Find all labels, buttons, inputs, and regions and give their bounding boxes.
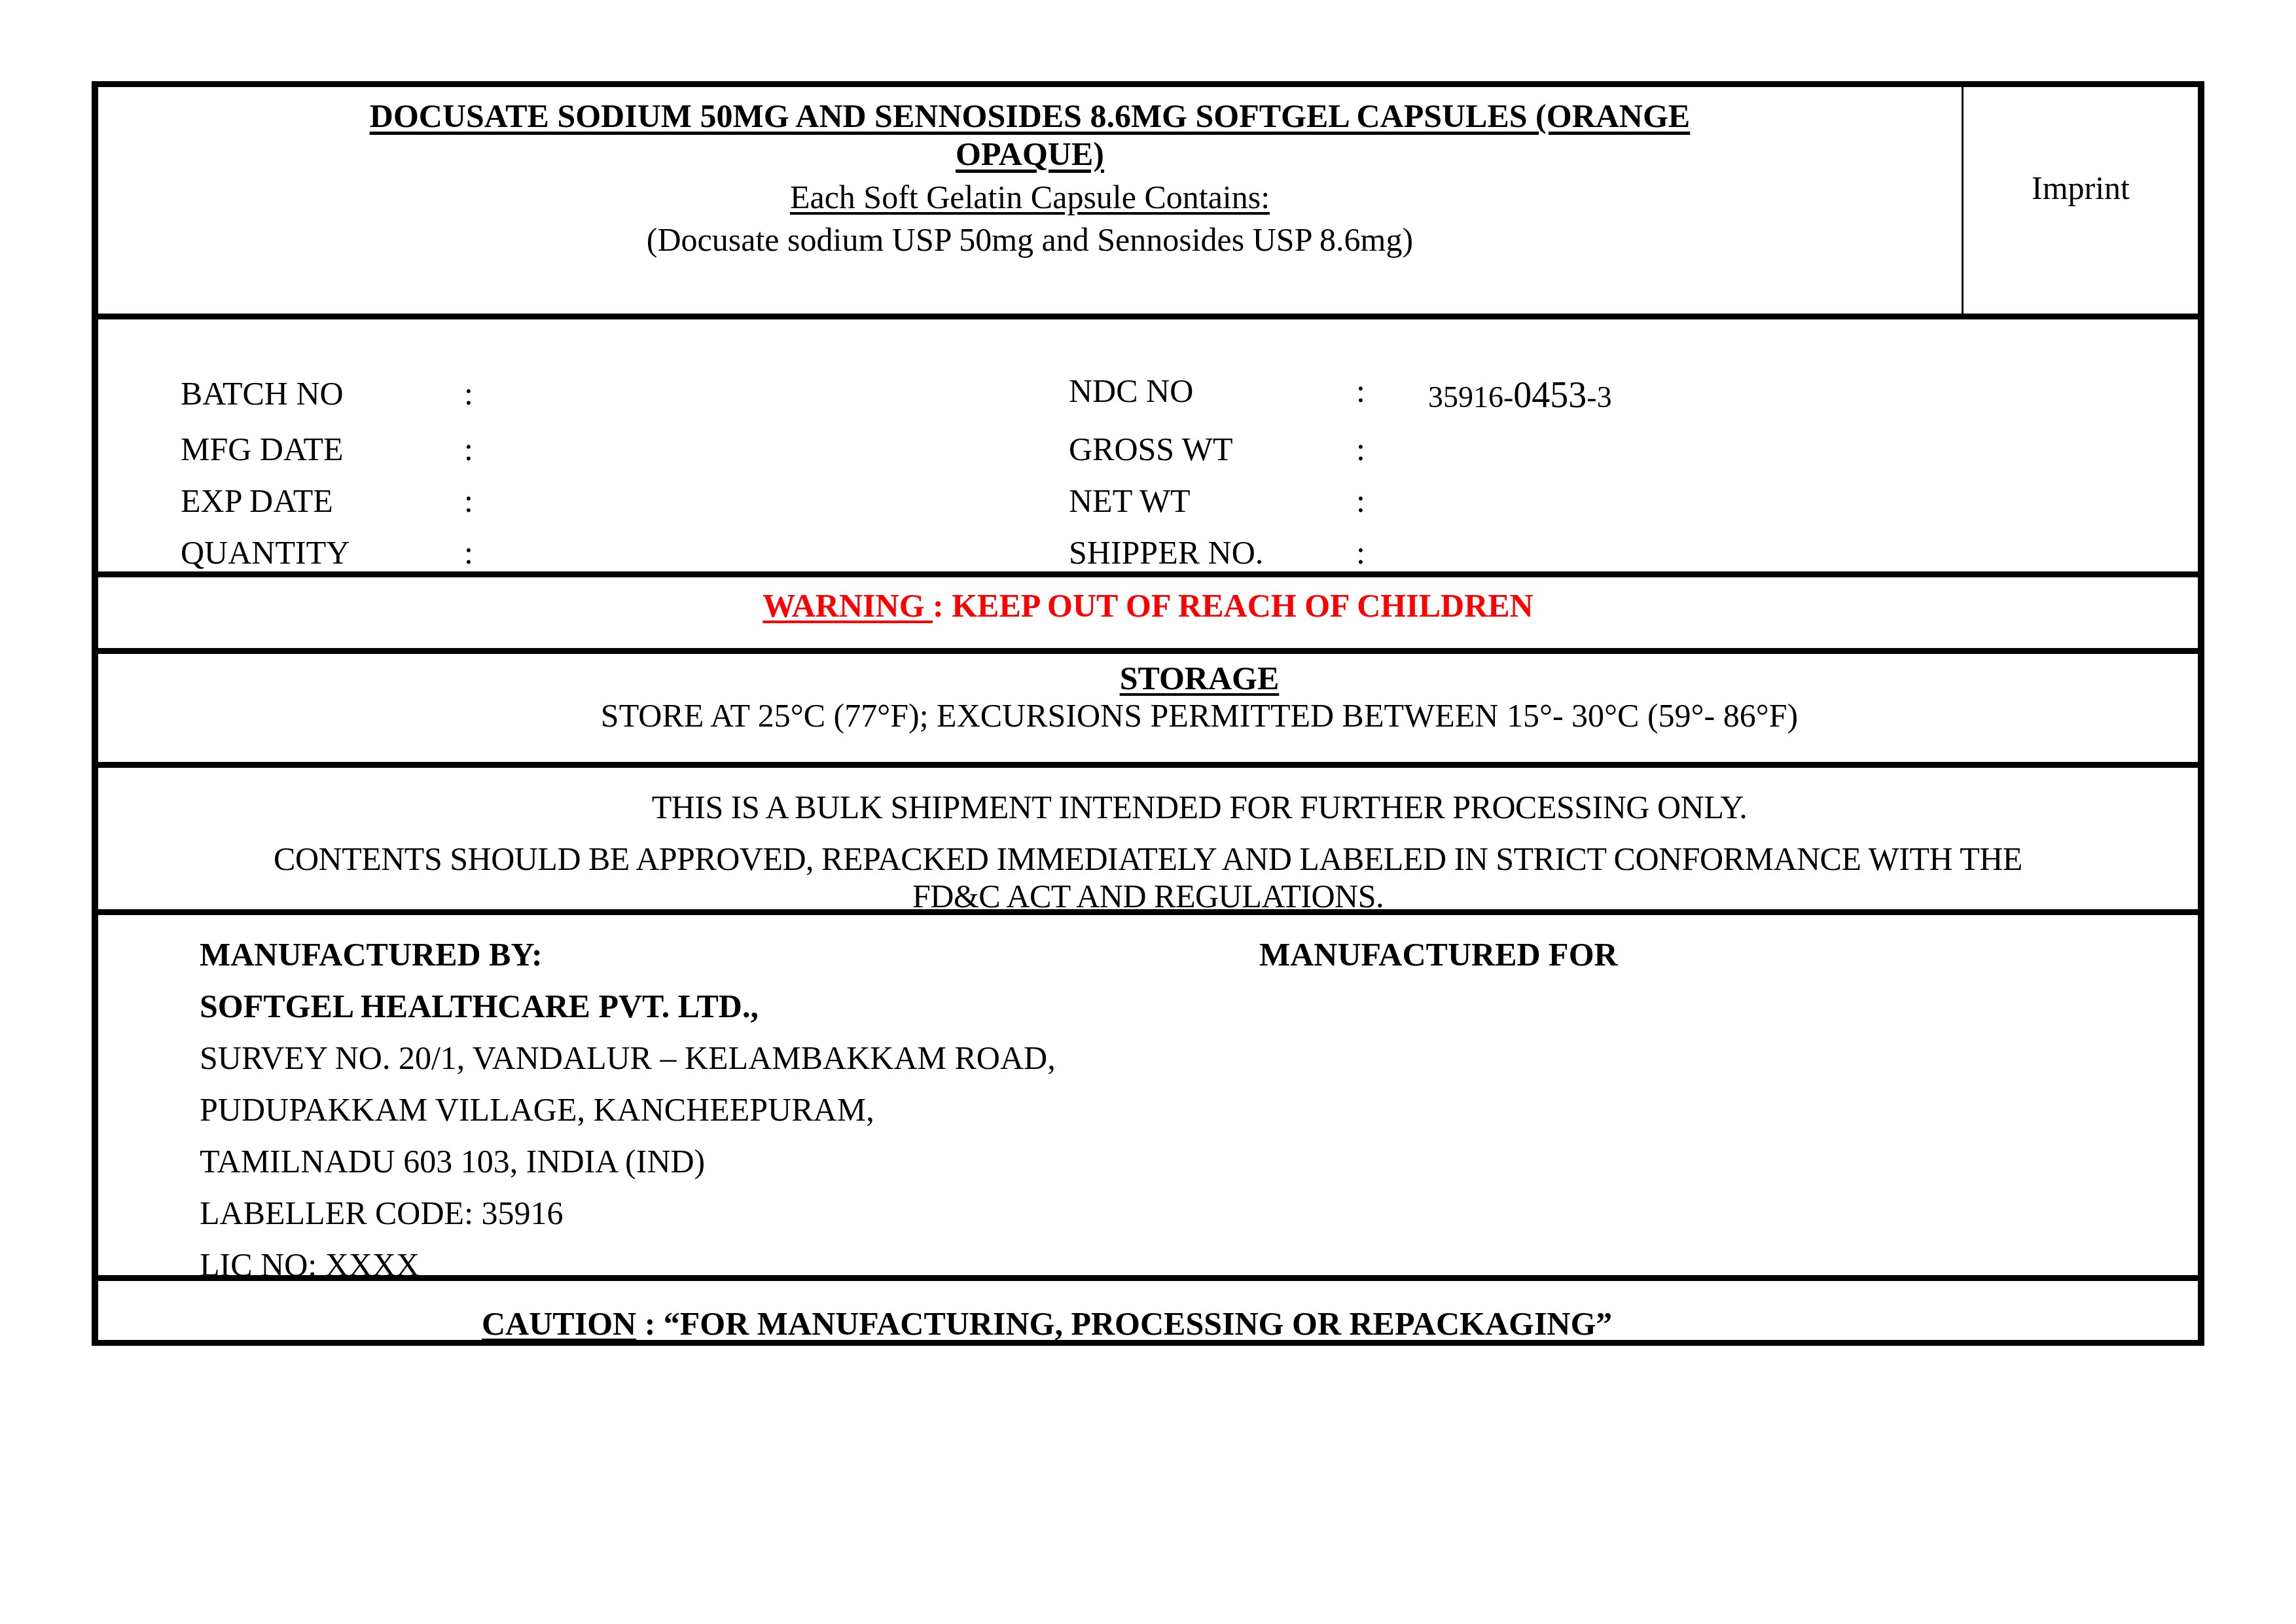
caution-banner: CAUTION : “FOR MANUFACTURING, PROCESSING… (482, 1307, 1612, 1340)
ndc-no-label: NDC NO (1069, 374, 1193, 407)
border-top (92, 81, 2204, 87)
imprint-label: Imprint (1964, 171, 2198, 204)
batch-no-label: BATCH NO (181, 377, 344, 410)
address-line: SURVEY NO. 20/1, VANDALUR – KELAMBAKKAM … (200, 1041, 1056, 1074)
divider-header (92, 314, 2204, 319)
storage-heading-wrap: STORAGE (98, 662, 2296, 695)
exp-date-colon: : (464, 484, 473, 517)
caution-label: CAUTION (482, 1305, 636, 1342)
shipper-no-colon: : (1356, 536, 1365, 569)
ndc-middle: 0453 (1513, 375, 1587, 416)
ndc-suffix: -3 (1587, 380, 1611, 414)
gross-wt-colon: : (1356, 433, 1365, 465)
warning-label: WARNING (762, 587, 933, 624)
address-line: TAMILNADU 603 103, INDIA (IND) (200, 1145, 705, 1178)
border-left (92, 81, 98, 1346)
caution-text: : “FOR MANUFACTURING, PROCESSING OR REPA… (636, 1305, 1612, 1342)
bulk-notice-line1: THIS IS A BULK SHIPMENT INTENDED FOR FUR… (98, 791, 2296, 823)
warning-text: : KEEP OUT OF REACH OF CHILDREN (933, 587, 1534, 624)
storage-heading: STORAGE (1120, 660, 1280, 696)
bulk-notice-line2: CONTENTS SHOULD BE APPROVED, REPACKED IM… (98, 842, 2198, 875)
company-name: SOFTGEL HEALTHCARE PVT. LTD., (200, 990, 759, 1022)
manufactured-by-heading: MANUFACTURED BY: (200, 938, 543, 971)
quantity-label: QUANTITY (181, 536, 350, 569)
net-wt-colon: : (1356, 484, 1365, 517)
composition-text: (Docusate sodium USP 50mg and Sennosides… (98, 223, 1962, 256)
warning-banner: WARNING : KEEP OUT OF REACH OF CHILDREN (98, 589, 2198, 622)
bulk-notice-line3: FD&C ACT AND REGULATIONS. (98, 880, 2198, 912)
ndc-no-value: 35916-0453-3 (1428, 377, 1612, 414)
contains-label-text: Each Soft Gelatin Capsule Contains: (790, 179, 1270, 215)
exp-date-label: EXP DATE (181, 484, 333, 517)
license-no: LIC NO: XXXX (200, 1248, 420, 1281)
batch-no-colon: : (464, 377, 473, 410)
labeller-code: LABELLER CODE: 35916 (200, 1197, 564, 1229)
mfg-date-colon: : (464, 433, 473, 465)
divider-batch (92, 571, 2204, 577)
divider-storage (92, 762, 2204, 768)
net-wt-label: NET WT (1069, 484, 1191, 517)
ndc-no-colon: : (1356, 374, 1365, 407)
contains-label: Each Soft Gelatin Capsule Contains: (98, 181, 1962, 213)
mfg-date-label: MFG DATE (181, 433, 344, 465)
ndc-prefix: 35916- (1428, 380, 1513, 414)
divider-warning (92, 648, 2204, 654)
quantity-colon: : (464, 536, 473, 569)
shipper-no-label: SHIPPER NO. (1069, 536, 1263, 569)
address-line: PUDUPAKKAM VILLAGE, KANCHEEPURAM, (200, 1093, 874, 1126)
storage-text: STORE AT 25°C (77°F); EXCURSIONS PERMITT… (98, 699, 2296, 732)
product-title-line1: DOCUSATE SODIUM 50MG AND SENNOSIDES 8.6M… (98, 99, 1962, 132)
product-title-line2: OPAQUE) (98, 137, 1962, 170)
manufactured-for-heading: MANUFACTURED FOR (1259, 938, 1618, 971)
gross-wt-label: GROSS WT (1069, 433, 1233, 465)
